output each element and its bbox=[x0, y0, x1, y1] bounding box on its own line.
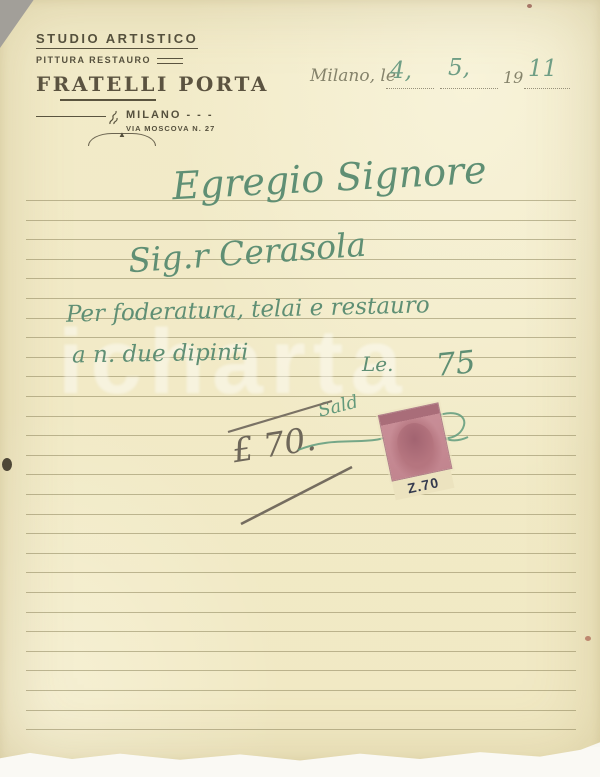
date-blank-month bbox=[440, 88, 498, 89]
letterhead-pittura-line: PITTURA RESTAURO bbox=[36, 56, 269, 65]
bracket-ornament: ▲ bbox=[88, 133, 156, 146]
date-day-handwritten: 4, bbox=[390, 60, 412, 83]
date-blank-year bbox=[524, 88, 570, 89]
letterhead: STUDIO ARTISTICO PITTURA RESTAURO FRATEL… bbox=[36, 30, 269, 132]
company-underline bbox=[60, 99, 156, 101]
paper-speck bbox=[585, 636, 591, 641]
letterhead-pittura-text: PITTURA RESTAURO bbox=[36, 56, 151, 65]
rule-ornament bbox=[36, 116, 106, 118]
paper-sheet: icharta STUDIO ARTISTICO PITTURA RESTAUR… bbox=[0, 0, 600, 762]
scanned-document-photo: icharta STUDIO ARTISTICO PITTURA RESTAUR… bbox=[0, 0, 600, 777]
rule-line bbox=[26, 729, 576, 730]
rule-line bbox=[26, 612, 576, 613]
rule-line bbox=[26, 651, 576, 652]
date-year-handwritten: 11 bbox=[528, 58, 557, 81]
city-line: MILANO - - - bbox=[126, 110, 215, 121]
company-name: FRATELLI PORTA bbox=[36, 74, 269, 94]
letterhead-studio-line: STUDIO ARTISTICO bbox=[36, 32, 198, 49]
rule-line bbox=[26, 474, 576, 475]
date-year-printed: 19 bbox=[503, 70, 523, 86]
dateline-printed-text: Milano, le bbox=[310, 68, 396, 85]
date-month-handwritten: 5, bbox=[448, 57, 470, 80]
rule-line bbox=[26, 592, 576, 593]
rule-line bbox=[26, 631, 576, 632]
rule-line bbox=[26, 416, 576, 417]
rule-line bbox=[26, 533, 576, 534]
paper-speck bbox=[527, 4, 532, 8]
rule-line bbox=[26, 670, 576, 671]
rule-line bbox=[26, 553, 576, 554]
double-rule-ornament bbox=[157, 58, 183, 64]
triangle-ornament-icon: ▲ bbox=[118, 131, 126, 139]
flourish-icon bbox=[108, 110, 120, 131]
pencil-total-note: £ 70. bbox=[230, 422, 318, 468]
rule-line bbox=[26, 690, 576, 691]
city-address-block: MILANO - - - VIA MOSCOVA N. 27 bbox=[126, 110, 215, 133]
rule-line bbox=[26, 710, 576, 711]
address-line: VIA MOSCOVA N. 27 bbox=[126, 125, 215, 133]
pencil-slash-2 bbox=[241, 467, 352, 524]
rule-line bbox=[26, 514, 576, 515]
handwriting-currency: Le. bbox=[362, 352, 393, 376]
paper-speck bbox=[2, 458, 12, 471]
rule-line bbox=[26, 572, 576, 573]
stamp-portrait-vignette bbox=[394, 420, 438, 467]
handwriting-recipient: Sig.r Cerasola bbox=[127, 225, 367, 281]
city-row: MILANO - - - VIA MOSCOVA N. 27 bbox=[36, 110, 269, 133]
revenue-stamp-vignette-area bbox=[378, 402, 453, 481]
stamp-control-number: Z.70 bbox=[406, 475, 440, 495]
rule-line bbox=[26, 220, 576, 221]
rule-line bbox=[26, 494, 576, 495]
rule-line bbox=[26, 278, 576, 279]
handwriting-body-line2: a n. due dipinti bbox=[72, 339, 249, 368]
handwriting-amount: 75 bbox=[434, 344, 477, 384]
date-blank-day bbox=[386, 88, 434, 89]
dateline: Milano, le 4, 5, 19 11 bbox=[306, 56, 586, 96]
revenue-stamp: Z.70 bbox=[378, 403, 455, 500]
